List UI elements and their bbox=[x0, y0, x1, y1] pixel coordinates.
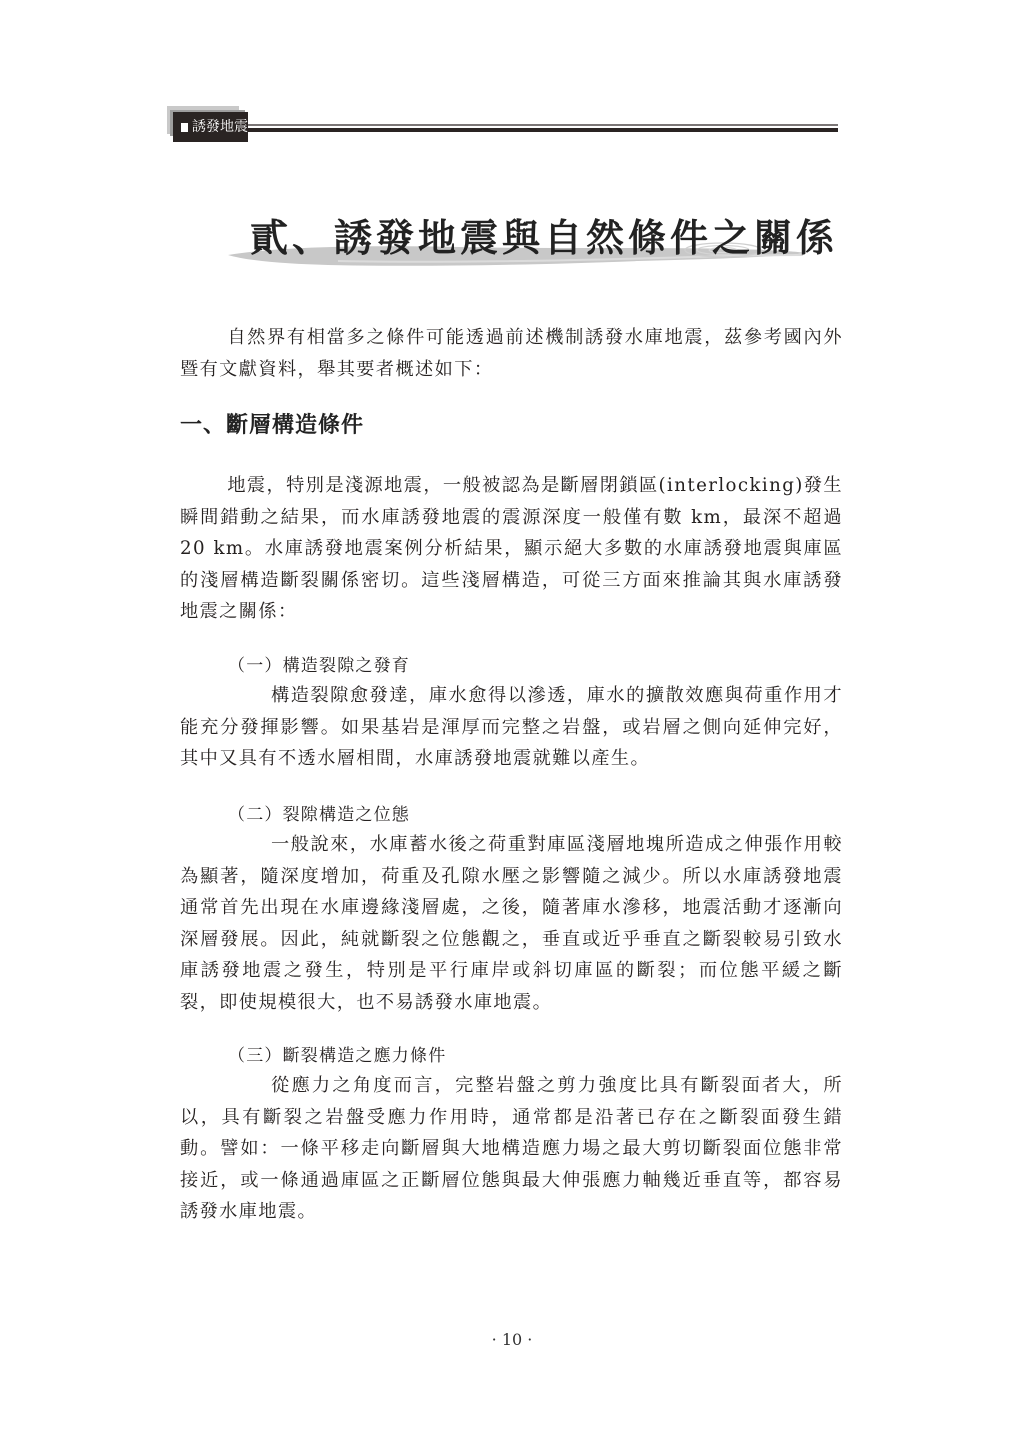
subsection-text-3: 從應力之角度而言，完整岩盤之剪力強度比具有斷裂面者大，所以，具有斷裂之岩盤受應力… bbox=[180, 1070, 843, 1228]
section-heading: 一、斷層構造條件 bbox=[180, 410, 364, 442]
subsection-text-2: 一般說來，水庫蓄水後之荷重對庫區淺層地塊所造成之伸張作用較為顯著，隨深度增加，荷… bbox=[180, 829, 843, 1018]
chapter-title: 貳、誘發地震與自然條件之關係 bbox=[250, 213, 838, 263]
header-label: 誘發地震 bbox=[192, 112, 248, 142]
chapter-title-block: 貳、誘發地震與自然條件之關係 bbox=[200, 205, 830, 285]
section-paragraph: 地震，特別是淺源地震，一般被認為是斷層閉鎖區(interlocking)發生瞬間… bbox=[180, 470, 843, 628]
intro-paragraph: 自然界有相當多之條件可能透過前述機制誘發水庫地震，茲參考國內外暨有文獻資料，舉其… bbox=[180, 322, 843, 385]
subsection-heading-3: （三）斷裂構造之應力條件 bbox=[228, 1042, 446, 1070]
running-header: 誘發地震 bbox=[163, 98, 838, 138]
subsection-heading-1: （一）構造裂隙之發育 bbox=[228, 652, 410, 680]
square-bullet-icon bbox=[181, 123, 188, 132]
page-number: · 10 · bbox=[0, 1330, 1024, 1349]
header-rule-thick bbox=[248, 128, 838, 132]
header-tab: 誘發地震 bbox=[173, 112, 248, 142]
subsection-heading-2: （二）裂隙構造之位態 bbox=[228, 801, 410, 829]
header-rule-thin bbox=[248, 124, 838, 126]
subsection-text-1: 構造裂隙愈發達，庫水愈得以滲透，庫水的擴散效應與荷重作用才能充分發揮影響。如果基… bbox=[180, 680, 843, 775]
